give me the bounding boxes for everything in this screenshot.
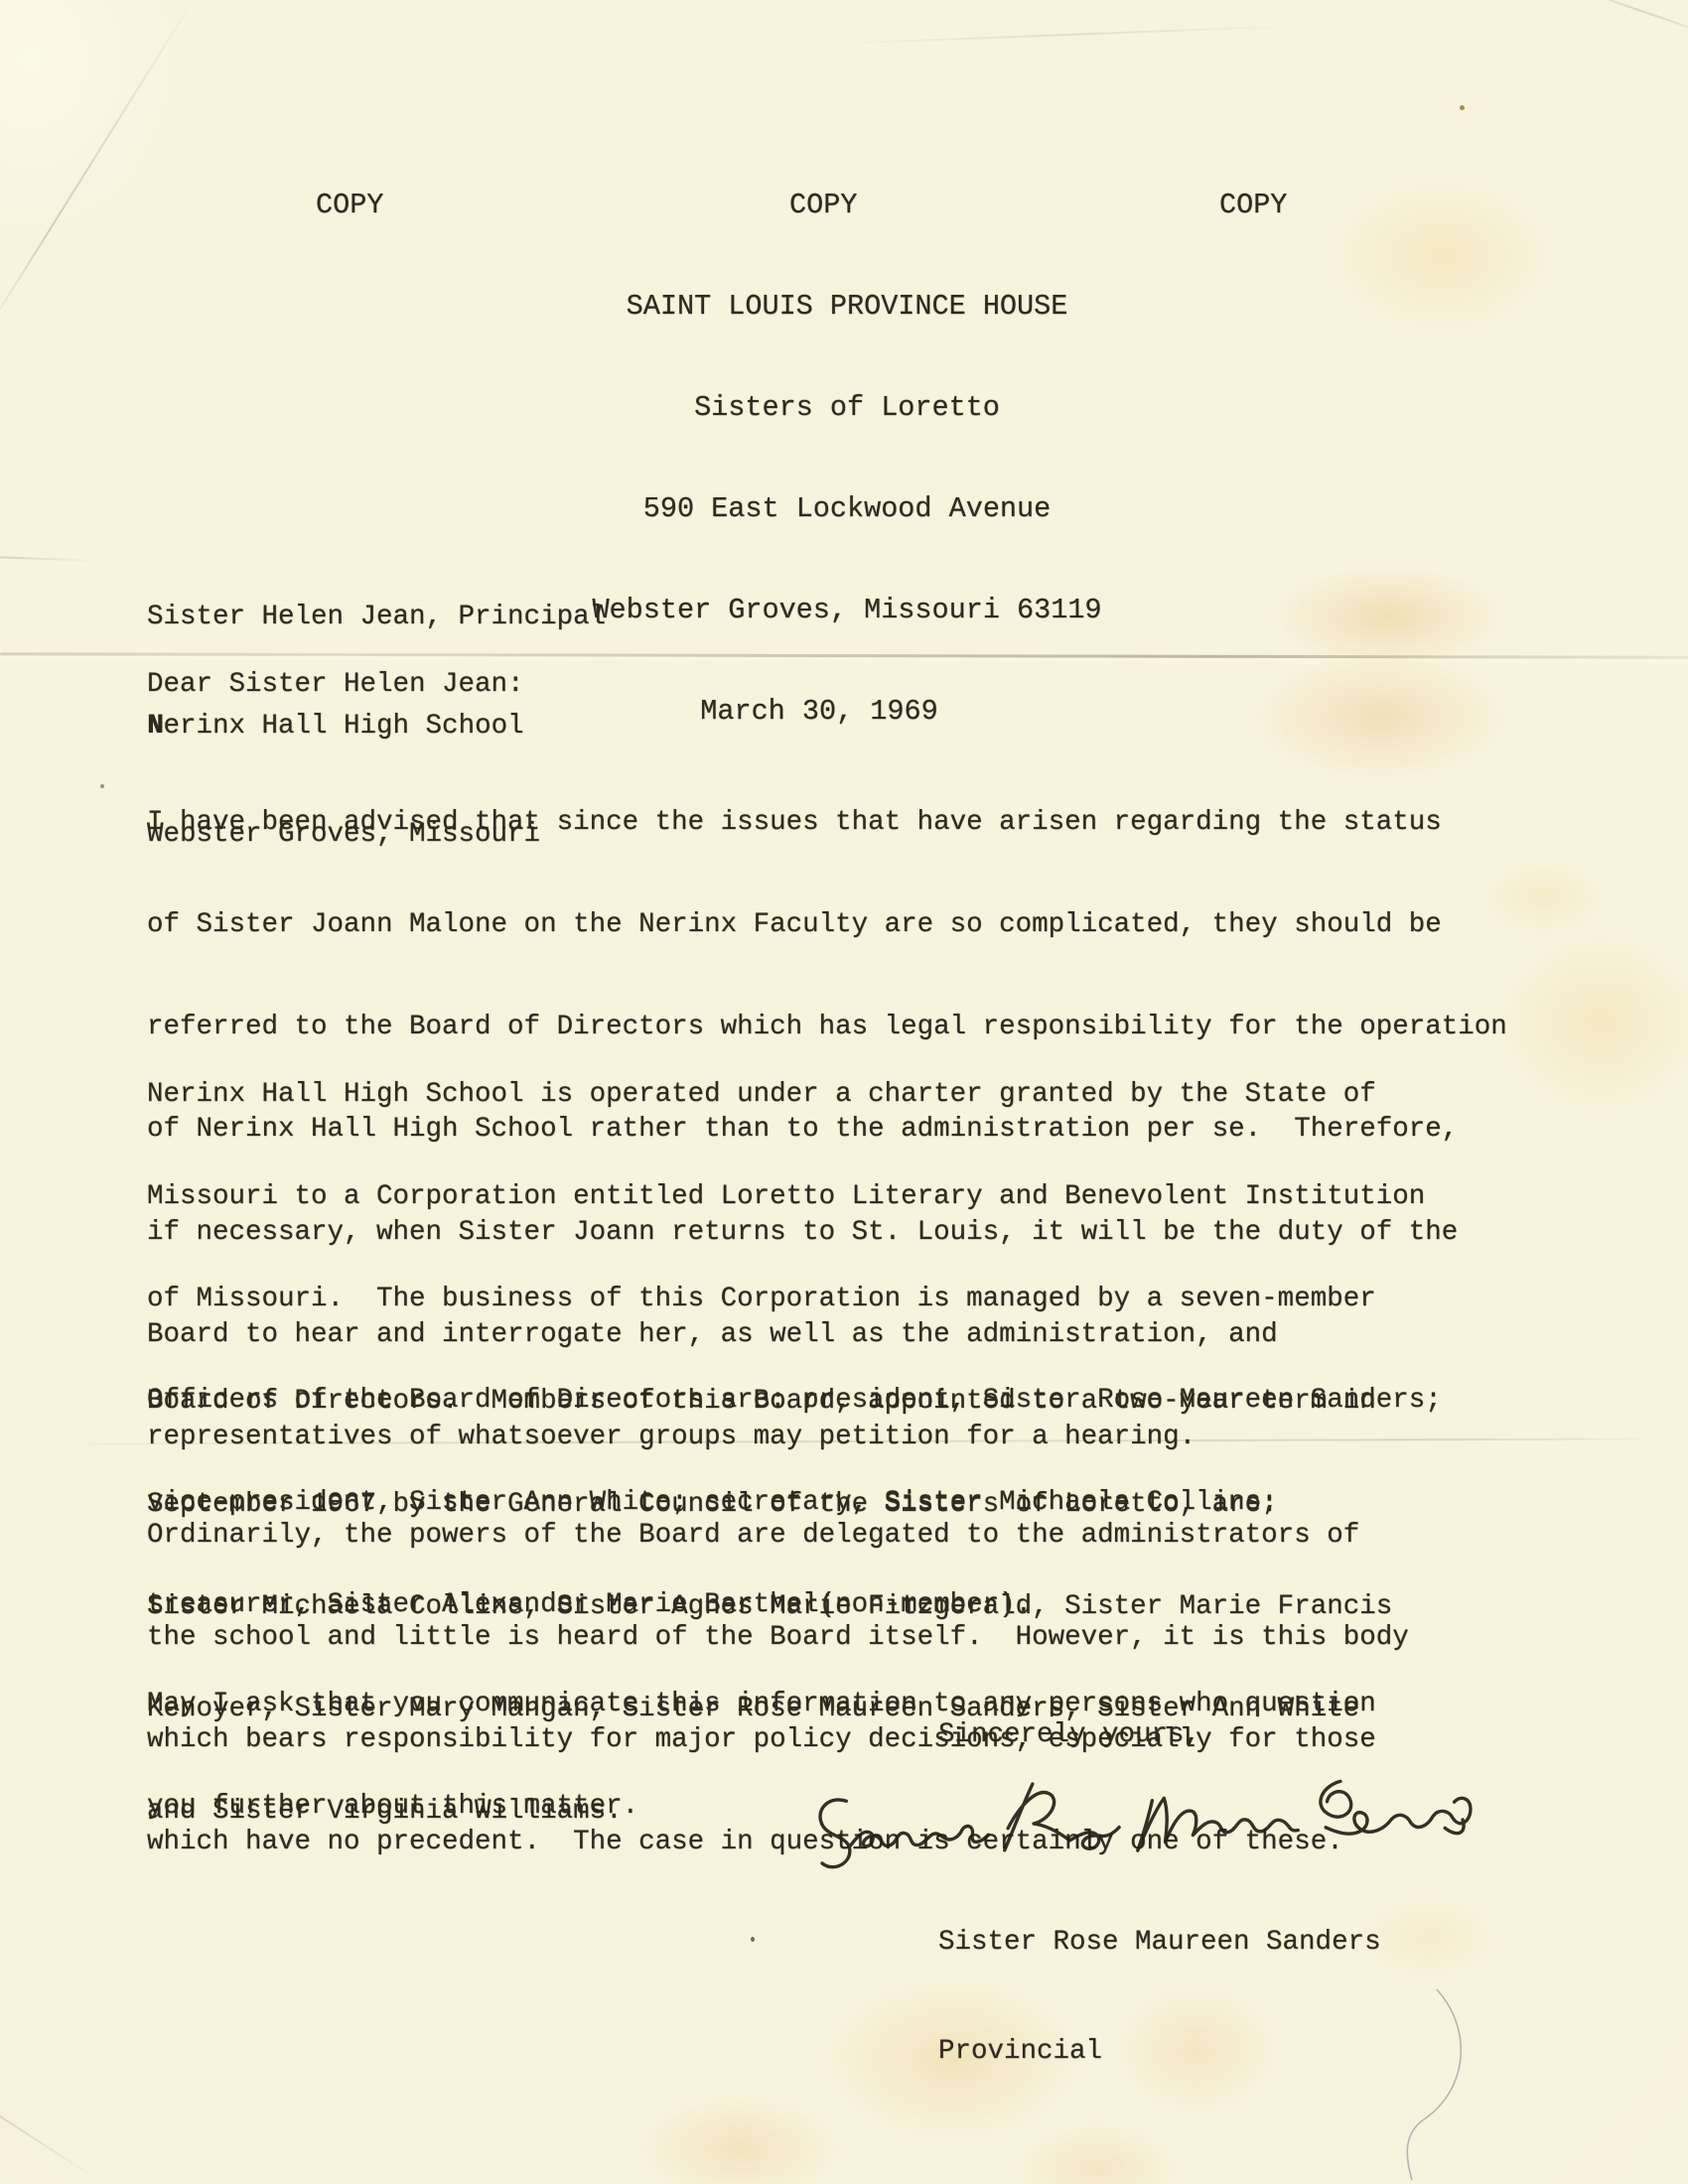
body-line: Nerinx Hall High School is operated unde… — [147, 1078, 1425, 1112]
letterhead-order-name: Sisters of Loretto — [351, 391, 1343, 425]
copy-stamp-left: COPY — [316, 189, 383, 222]
recipient-name: Sister Helen Jean, Principal — [147, 600, 606, 636]
salutation: Dear Sister Helen Jean: — [147, 668, 524, 702]
fold-crease-bottom-left — [0, 2114, 98, 2180]
small-left-crease — [0, 556, 95, 561]
body-line: Officers of the Board of Directors are: … — [147, 1384, 1442, 1418]
fold-crease-top-right — [1561, 0, 1688, 40]
letterhead-org-name: SAINT LOUIS PROVINCE HOUSE — [351, 290, 1343, 324]
body-line: of Missouri. The business of this Corpor… — [147, 1283, 1425, 1316]
paper-speck — [1460, 105, 1465, 110]
body-line: May I ask that you communicate this info… — [147, 1688, 1376, 1721]
body-line: Ordinarily, the powers of the Board are … — [147, 1519, 1409, 1553]
body-line: Missouri to a Corporation entitled Loret… — [147, 1180, 1425, 1214]
copy-stamp-center: COPY — [789, 189, 857, 222]
valediction: Sincerely yours, — [938, 1718, 1200, 1752]
letter-page: COPY COPY COPY SAINT LOUIS PROVINCE HOUS… — [0, 0, 1688, 2184]
copy-stamp-right: COPY — [1219, 189, 1287, 222]
body-line: I have been advised that since the issue… — [147, 806, 1507, 840]
signature-block: Sister Rose Maureen Sanders Provincial — [938, 1852, 1381, 2142]
fold-crease-top-left — [0, 0, 199, 331]
signer-title: Provincial — [938, 2034, 1381, 2071]
paper-speck — [100, 784, 104, 788]
scanner-fiber-hair — [1382, 1985, 1472, 2184]
body-line: of Sister Joann Malone on the Nerinx Fac… — [147, 908, 1507, 942]
letterhead-street: 590 East Lockwood Avenue — [351, 492, 1343, 526]
fold-crease-top-middle — [834, 25, 1301, 45]
paper-speck — [751, 1937, 755, 1942]
typed-signer-name: Sister Rose Maureen Sanders — [938, 1925, 1381, 1962]
